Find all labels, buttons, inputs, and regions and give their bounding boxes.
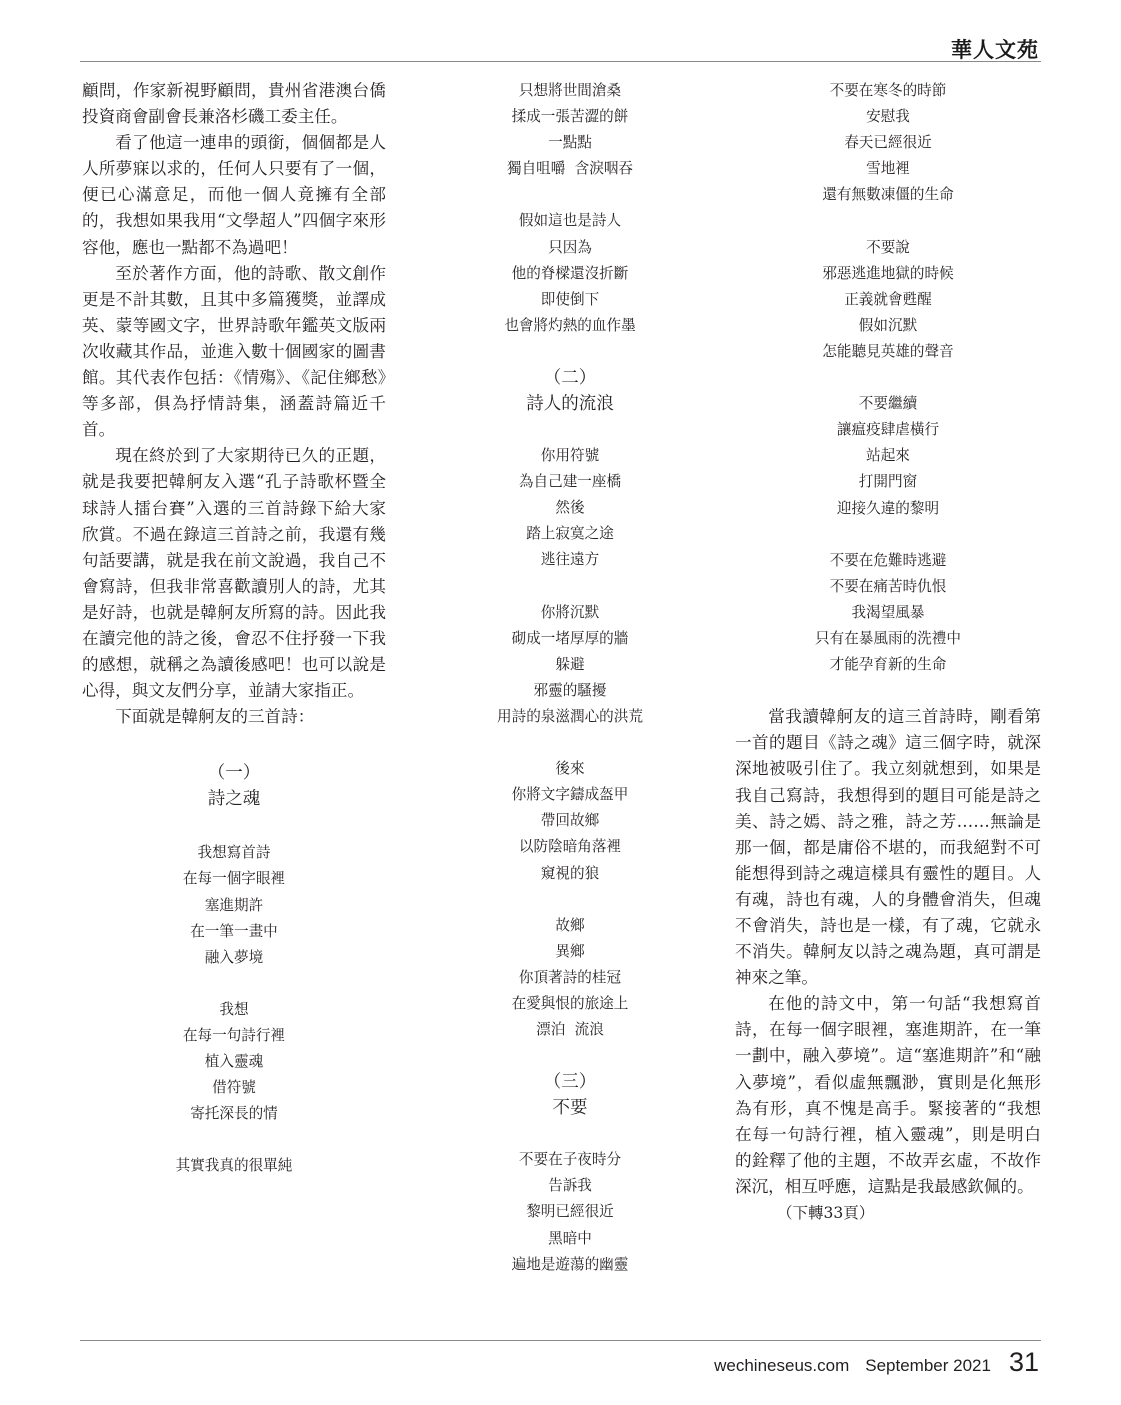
poem-number: （三） xyxy=(440,1069,700,1095)
poem-line: 遍地是遊蕩的幽靈 xyxy=(440,1252,700,1278)
poem-line: 我想 xyxy=(82,997,386,1023)
footer-divider xyxy=(80,1340,1041,1341)
poem-line: 春天已經很近 xyxy=(735,130,1041,156)
article-prose-1: 顧問，作家新視野顧問，貴州省港澳台僑投資商會副會長兼洛杉磯工委主任。 看了他這一… xyxy=(82,78,386,730)
poem-line: 站起來 xyxy=(735,443,1041,469)
poem-line: 正義就會甦醒 xyxy=(735,287,1041,313)
poem-title: 詩之魂 xyxy=(82,786,386,812)
poem-stanza: 不要繼續 讓瘟疫肆虐橫行 站起來 打開門窗 迎接久違的黎明 xyxy=(735,391,1041,521)
poem-line: 一點點 xyxy=(440,130,700,156)
page-footer: wechineseus.com September 2021 31 xyxy=(714,1347,1039,1378)
poem-body: 不要在子夜時分 告訴我 黎明已經很近 黑暗中 遍地是遊蕩的幽靈 xyxy=(440,1147,700,1277)
poem-stanza: 我想寫首詩 在每一個字眼裡 塞進期許 在一筆一畫中 融入夢境 xyxy=(82,840,386,970)
poem-line: 邪惡逃進地獄的時候 xyxy=(735,261,1041,287)
poem-line: 然後 xyxy=(440,495,700,521)
poem-line: 打開門窗 xyxy=(735,469,1041,495)
poem-stanza: 不要說 邪惡逃進地獄的時候 正義就會甦醒 假如沉默 怎能聽見英雄的聲音 xyxy=(735,235,1041,365)
poem-line: 故鄉 xyxy=(440,913,700,939)
poem-body: 你用符號 為自己建一座橋 然後 踏上寂寞之途 逃往遠方 你將沉默 砌成一堵厚厚的… xyxy=(440,443,700,1043)
poem-line: 你將沉默 xyxy=(440,600,700,626)
continued-note: （下轉33頁） xyxy=(735,1200,1041,1226)
poem-line: 只因為 xyxy=(440,235,700,261)
website-url: wechineseus.com xyxy=(714,1356,849,1376)
poem-line: 異鄉 xyxy=(440,939,700,965)
column-2: 只想將世間滄桑 揉成一張苦澀的餅 一點點 獨自咀嚼 含淚咽吞 假如這也是詩人 只… xyxy=(440,78,700,1304)
poem-heading-2: （二） 詩人的流浪 xyxy=(440,365,700,417)
poem-stanza: 你將沉默 砌成一堵厚厚的牆 躲避 邪靈的騷擾 用詩的泉滋潤心的洪荒 xyxy=(440,600,700,730)
poem-line: 我渴望風暴 xyxy=(735,600,1041,626)
page-number: 31 xyxy=(1009,1347,1039,1378)
poem-line: 以防陰暗角落裡 xyxy=(440,834,700,860)
poem-title: 不要 xyxy=(440,1095,700,1121)
poem-line: 也會將灼熱的血作墨 xyxy=(440,313,700,339)
poem-line: 寄托深長的情 xyxy=(82,1101,386,1127)
poem-line: 雪地裡 xyxy=(735,156,1041,182)
poem-line: 即使倒下 xyxy=(440,287,700,313)
column-3: 不要在寒冬的時節 安慰我 春天已經很近 雪地裡 還有無數凍僵的生命 不要說 邪惡… xyxy=(735,78,1041,1226)
poem-line: 在每一個字眼裡 xyxy=(82,866,386,892)
paragraph: 顧問，作家新視野顧問，貴州省港澳台僑投資商會副會長兼洛杉磯工委主任。 xyxy=(82,78,386,130)
header-divider xyxy=(80,61,1041,62)
poem-line: 假如沉默 xyxy=(735,313,1041,339)
poem-line: 讓瘟疫肆虐橫行 xyxy=(735,417,1041,443)
poem-line: 窺視的狼 xyxy=(440,861,700,887)
poem-stanza: 其實我真的很單純 xyxy=(82,1153,386,1179)
poem-line: 帶回故鄉 xyxy=(440,808,700,834)
poem-stanza: 不要在寒冬的時節 安慰我 春天已經很近 雪地裡 還有無數凍僵的生命 xyxy=(735,78,1041,208)
poem-stanza: 只想將世間滄桑 揉成一張苦澀的餅 一點點 獨自咀嚼 含淚咽吞 xyxy=(440,78,700,182)
poem-line: 迎接久違的黎明 xyxy=(735,496,1041,522)
poem-line: 怎能聽見英雄的聲音 xyxy=(735,339,1041,365)
paragraph: 在他的詩文中，第一句話“我想寫首詩，在每一個字眼裡，塞進期許，在一筆一劃中，融入… xyxy=(735,991,1041,1200)
poem-line: 借符號 xyxy=(82,1075,386,1101)
poem-line: 後來 xyxy=(440,756,700,782)
column-1: 顧問，作家新視野顧問，貴州省港澳台僑投資商會副會長兼洛杉磯工委主任。 看了他這一… xyxy=(82,78,386,1206)
poem-line: 還有無數凍僵的生命 xyxy=(735,182,1041,208)
poem-line: 你用符號 xyxy=(440,443,700,469)
poem-line: 在每一句詩行裡 xyxy=(82,1023,386,1049)
poem-line: 砌成一堵厚厚的牆 xyxy=(440,626,700,652)
poem-body: 只想將世間滄桑 揉成一張苦澀的餅 一點點 獨自咀嚼 含淚咽吞 假如這也是詩人 只… xyxy=(440,78,700,339)
poem-line: 黎明已經很近 xyxy=(440,1199,700,1225)
poem-heading-1: （一） 詩之魂 xyxy=(82,760,386,812)
poem-line: 揉成一張苦澀的餅 xyxy=(440,104,700,130)
section-title: 華人文苑 xyxy=(951,34,1039,64)
poem-line: 安慰我 xyxy=(735,104,1041,130)
poem-stanza: 我想 在每一句詩行裡 植入靈魂 借符號 寄托深長的情 xyxy=(82,997,386,1127)
poem-title: 詩人的流浪 xyxy=(440,391,700,417)
issue-date: September 2021 xyxy=(865,1356,991,1376)
poem-line: 在愛與恨的旅途上 xyxy=(440,991,700,1017)
poem-line: 不要在痛苦時仇恨 xyxy=(735,574,1041,600)
poem-line: 不要在寒冬的時節 xyxy=(735,78,1041,104)
paragraph: 下面就是韓舸友的三首詩： xyxy=(82,704,386,730)
poem-line: 他的脊樑還沒折斷 xyxy=(440,261,700,287)
paragraph: 看了他這一連串的頭銜，個個都是人人所夢寐以求的，任何人只要有了一個，便已心滿意足… xyxy=(82,130,386,260)
poem-line: 在一筆一畫中 xyxy=(82,919,386,945)
poem-line: 融入夢境 xyxy=(82,945,386,971)
poem-heading-3: （三） 不要 xyxy=(440,1069,700,1121)
paragraph: 現在終於到了大家期待已久的正題，就是我要把韓舸友入選“孔子詩歌杯暨全球詩人擂台賽… xyxy=(82,443,386,704)
poem-stanza: 你用符號 為自己建一座橋 然後 踏上寂寞之途 逃往遠方 xyxy=(440,443,700,573)
poem-line: 其實我真的很單純 xyxy=(82,1153,386,1179)
poem-number: （一） xyxy=(82,760,386,786)
poem-body: 不要在寒冬的時節 安慰我 春天已經很近 雪地裡 還有無數凍僵的生命 不要說 邪惡… xyxy=(735,78,1041,678)
poem-line: 逃往遠方 xyxy=(440,547,700,573)
poem-line: 你頂著詩的桂冠 xyxy=(440,965,700,991)
poem-stanza: 假如這也是詩人 只因為 他的脊樑還沒折斷 即使倒下 也會將灼熱的血作墨 xyxy=(440,208,700,338)
poem-stanza: 不要在危難時逃避 不要在痛苦時仇恨 我渴望風暴 只有在暴風雨的洗禮中 才能孕育新… xyxy=(735,548,1041,678)
poem-stanza: 故鄉 異鄉 你頂著詩的桂冠 在愛與恨的旅途上 漂泊 流浪 xyxy=(440,913,700,1043)
paragraph: 至於著作方面，他的詩歌、散文創作更是不計其數，且其中多篇獲獎，並譯成英、蒙等國文… xyxy=(82,261,386,444)
poem-line: 黑暗中 xyxy=(440,1226,700,1252)
poem-line: 植入靈魂 xyxy=(82,1049,386,1075)
poem-line: 塞進期許 xyxy=(82,893,386,919)
paragraph: 當我讀韓舸友的這三首詩時，剛看第一首的題目《詩之魂》這三個字時，就深深地被吸引住… xyxy=(735,704,1041,991)
article-prose-2: 當我讀韓舸友的這三首詩時，剛看第一首的題目《詩之魂》這三個字時，就深深地被吸引住… xyxy=(735,704,1041,1200)
poem-line: 躲避 xyxy=(440,652,700,678)
poem-line: 我想寫首詩 xyxy=(82,840,386,866)
poem-line: 假如這也是詩人 xyxy=(440,208,700,234)
poem-line: 才能孕育新的生命 xyxy=(735,652,1041,678)
poem-body: 我想寫首詩 在每一個字眼裡 塞進期許 在一筆一畫中 融入夢境 我想 在每一句詩行… xyxy=(82,840,386,1179)
poem-line: 邪靈的騷擾 xyxy=(440,678,700,704)
poem-number: （二） xyxy=(440,365,700,391)
poem-line: 你將文字鑄成盔甲 xyxy=(440,782,700,808)
poem-line: 告訴我 xyxy=(440,1173,700,1199)
poem-line: 獨自咀嚼 含淚咽吞 xyxy=(440,156,700,182)
poem-line: 用詩的泉滋潤心的洪荒 xyxy=(440,704,700,730)
poem-line: 不要在子夜時分 xyxy=(440,1147,700,1173)
poem-line: 只想將世間滄桑 xyxy=(440,78,700,104)
poem-stanza: 不要在子夜時分 告訴我 黎明已經很近 黑暗中 遍地是遊蕩的幽靈 xyxy=(440,1147,700,1277)
poem-line: 漂泊 流浪 xyxy=(440,1017,700,1043)
poem-line: 不要繼續 xyxy=(735,391,1041,417)
poem-line: 為自己建一座橋 xyxy=(440,469,700,495)
poem-line: 只有在暴風雨的洗禮中 xyxy=(735,626,1041,652)
poem-line: 不要在危難時逃避 xyxy=(735,548,1041,574)
poem-line: 不要說 xyxy=(735,235,1041,261)
poem-stanza: 後來 你將文字鑄成盔甲 帶回故鄉 以防陰暗角落裡 窺視的狼 xyxy=(440,756,700,886)
poem-line: 踏上寂寞之途 xyxy=(440,521,700,547)
